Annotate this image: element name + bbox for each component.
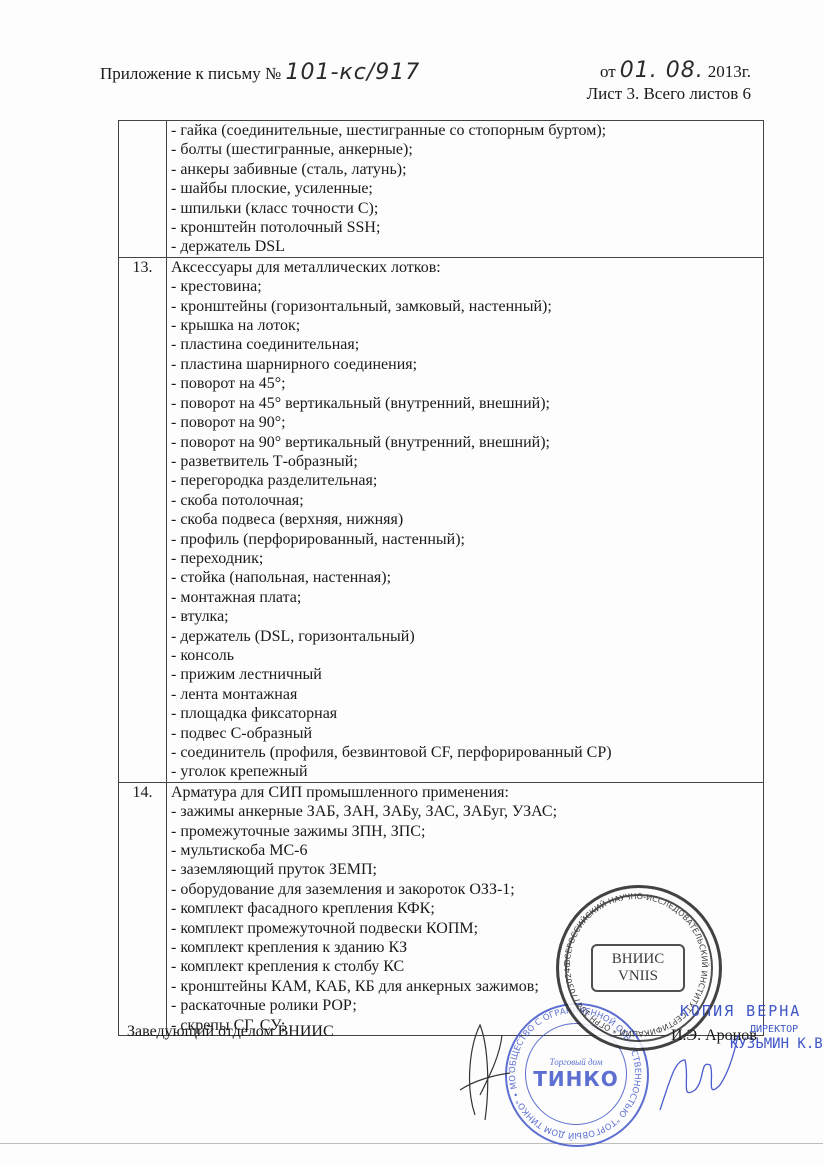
list-item: - профиль (перфорированный, настенный); (171, 530, 759, 549)
list-item: - скоба потолочная; (171, 491, 759, 510)
tinko-logo: ТИНКО (533, 1067, 618, 1091)
row-number: 14. (119, 782, 167, 1035)
list-item: - поворот на 45° вертикальный (внутренни… (171, 394, 759, 413)
list-item: - скоба подвеса (верхняя, нижняя) (171, 510, 759, 529)
list-item: - поворот на 90°; (171, 413, 759, 432)
date-prefix: от (600, 61, 616, 83)
list-item: - монтажная плата; (171, 588, 759, 607)
list-item: - стойка (напольная, настенная); (171, 568, 759, 587)
appendix-label: Приложение к письму № (100, 64, 281, 83)
page-header-left: Приложение к письму № 101-кс/917 (100, 60, 420, 85)
list-item: - кронштейн потолочный SSH; (171, 218, 759, 237)
list-item: - консоль (171, 646, 759, 665)
copy-certified-stamp: КОПИЯ ВЕРНА ДИРЕКТОР КУЗЬМИН К.В. (680, 1002, 801, 1020)
list-item: - болты (шестигранные, анкерные); (171, 140, 759, 159)
row-title: Аксессуары для металлических лотков: (171, 258, 759, 277)
list-item: - пластина соединительная; (171, 335, 759, 354)
page-header-right: от 01. 08. 2013г. Лист 3. Всего листов 6 (587, 60, 751, 105)
stamp-vniis-line2: VNIIS (618, 968, 658, 985)
list-item: - кронштейны (горизонтальный, замковый, … (171, 297, 759, 316)
stamp-vniis-line1: ВНИИС (612, 951, 665, 968)
sheet-info: Лист 3. Всего листов 6 (587, 83, 751, 105)
list-item: - уголок крепежный (171, 762, 759, 781)
row-title: Арматура для СИП промышленного применени… (171, 783, 759, 802)
date-year: 2013г. (708, 61, 751, 83)
letter-number-handwritten: 101-кс/917 (285, 60, 420, 85)
list-item: - прижим лестничный (171, 665, 759, 684)
stamp-vniis-center: ВНИИС VNIIS (591, 944, 685, 992)
copy-stamp-line2: ДИРЕКТОР (750, 1024, 798, 1035)
list-item: - площадка фиксаторная (171, 704, 759, 723)
list-item: - заземляющий пруток ЗЕМП; (171, 860, 759, 879)
list-item: - соединитель (профиля, безвинтовой CF, … (171, 743, 759, 762)
list-item: - разветвитель Т-образный; (171, 452, 759, 471)
list-item: - мультискоба МС-6 (171, 841, 759, 860)
list-item: - шайбы плоские, усиленные; (171, 179, 759, 198)
list-item: - поворот на 45°; (171, 374, 759, 393)
table-row: 13.Аксессуары для металлических лотков:-… (119, 257, 764, 782)
signature-aronov-icon (440, 1015, 520, 1125)
date-handwritten: 01. 08. (620, 60, 704, 82)
list-item: - крышка на лоток; (171, 316, 759, 335)
signatory-title: Заведующий отделом ВНИИС (127, 1023, 334, 1041)
list-item: - подвес С-образный (171, 724, 759, 743)
list-item: - пластина шарнирного соединения; (171, 355, 759, 374)
list-item: - промежуточные зажимы ЗПН, ЗПС; (171, 822, 759, 841)
page-bottom-edge (0, 1143, 823, 1144)
list-item: - поворот на 90° вертикальный (внутренни… (171, 433, 759, 452)
list-item: - крестовина; (171, 277, 759, 296)
row-number (119, 121, 167, 258)
copy-stamp-line1: КОПИЯ ВЕРНА (680, 1002, 801, 1020)
signature-kuzmin-icon (650, 1030, 740, 1120)
list-item: - втулка; (171, 607, 759, 626)
list-item: - держатель (DSL, горизонтальный) (171, 627, 759, 646)
stamp-tinko-subtitle: Торговый дом (550, 1057, 603, 1067)
list-item: - анкеры забивные (сталь, латунь); (171, 160, 759, 179)
list-item: - переходник; (171, 549, 759, 568)
row-number: 13. (119, 257, 167, 782)
row-content: Аксессуары для металлических лотков:- кр… (167, 257, 764, 782)
list-item: - шпильки (класс точности С); (171, 199, 759, 218)
list-item: - лента монтажная (171, 685, 759, 704)
list-item: - гайка (соединительные, шестигранные со… (171, 121, 759, 140)
list-item: - зажимы анкерные ЗАБ, ЗАН, ЗАБу, ЗАС, З… (171, 802, 759, 821)
list-item: - держатель DSL (171, 237, 759, 256)
list-item: - перегородка разделительная; (171, 471, 759, 490)
row-content: - гайка (соединительные, шестигранные со… (167, 121, 764, 258)
table-row: - гайка (соединительные, шестигранные со… (119, 121, 764, 258)
